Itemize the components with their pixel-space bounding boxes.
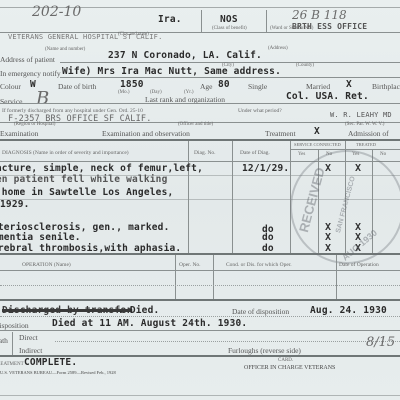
death-label: Death	[0, 336, 8, 345]
rule	[0, 299, 400, 301]
col-divider	[232, 141, 233, 253]
station-label: (Ward or Station No.)	[270, 26, 313, 31]
under-what-period-label: Under what period?	[238, 108, 282, 114]
married-value: X	[346, 79, 352, 90]
date-operation-header: Date of Operation	[339, 262, 379, 268]
treatment-label: Treatment	[265, 129, 296, 138]
handwritten-ward: 26 B 118	[292, 8, 347, 22]
col-divider	[175, 255, 176, 299]
tr-no-header: No	[380, 152, 386, 157]
dob-value: 1850	[120, 79, 144, 90]
address-sublabel: (Address)	[268, 46, 288, 51]
admission-label: Admission of	[348, 129, 389, 138]
diagnosis-row-1-date: 12/1/29.	[242, 163, 289, 174]
date-disposition-value: Aug. 24. 1930	[310, 305, 387, 316]
diagnosis-row-6-date: do	[262, 232, 274, 243]
colour-label: Colour	[0, 82, 21, 91]
col-divider	[336, 255, 337, 299]
date-diag-header: Date of Diag.	[240, 150, 270, 156]
date-disposition-label: Date of disposition	[232, 307, 289, 316]
married-label: Married	[306, 82, 330, 91]
diagnosis-row-4: 1929.	[0, 199, 30, 210]
rule	[0, 330, 400, 331]
region-label: (Region or Hospital)	[14, 122, 55, 127]
city-state-label: (City and state)	[118, 32, 149, 37]
treated-header: TREATED	[356, 142, 376, 147]
physician-value: W. R. LEAHY MD	[330, 111, 392, 119]
diagnosis-row-2: when patient fell while walking	[0, 174, 168, 185]
handwritten-code: 8/15	[366, 335, 395, 350]
exam-observation-label: Examination and observation	[102, 129, 190, 138]
single-label: Single	[248, 82, 267, 91]
rule	[0, 316, 400, 317]
rank-value: Col. USA. Ret.	[286, 91, 369, 102]
physician-sub: (Sec. Par. W. W. V.)	[345, 122, 384, 127]
treatment-footer-label: TREATMENT	[0, 362, 24, 367]
sc-yes-header: Yes	[298, 152, 305, 157]
rule	[0, 103, 400, 104]
oper-no-header: Oper. No.	[179, 262, 201, 268]
rule	[0, 285, 400, 286]
dob-label: Date of birth	[58, 82, 96, 91]
city-sublabel: (City)	[222, 63, 234, 68]
emergency-label: In emergency notify	[0, 69, 61, 78]
death-bracket	[12, 332, 13, 356]
name-number-label: (Name and number)	[45, 47, 85, 52]
cond-header: Cond. or Dis. for which Oper.	[226, 262, 292, 268]
diagnosis-row-1: Fracture, simple, neck of femur,left,	[0, 163, 203, 174]
col-divider	[213, 255, 214, 299]
officer-in-charge: OFFICER IN CHARGE VETERANS	[244, 365, 335, 371]
treatment-footer-value: COMPLETE.	[24, 357, 77, 368]
form-footer: U.S. VETERANS BUREAU—Form 2589—Revised F…	[0, 370, 116, 375]
disposition-result: . Died.	[118, 305, 159, 316]
address-label: Address of patient	[0, 55, 55, 64]
birthplace-label: Birthplace	[372, 82, 400, 91]
diagnosis-header: DIAGNOSIS (Name in order of severity and…	[2, 150, 129, 156]
veterans-bureau-record-card: 202-10 Ira. NOS (Class of benefit) 26 B …	[0, 0, 400, 400]
disposition-value: Died at 11 AM. August 24th. 1930.	[52, 318, 247, 329]
divider	[201, 10, 202, 32]
struck-disposition: Discharged by transfer	[2, 305, 132, 316]
diagnosis-row-3: at home in Sawtelle Los Angeles,	[0, 187, 173, 198]
age-value: 80	[218, 79, 230, 90]
class-label: (Class of benefit)	[212, 26, 247, 31]
dob-month: (Mo.)	[118, 90, 130, 95]
diag-no-header: Diag. No.	[194, 150, 216, 156]
bottom-rule	[0, 395, 400, 396]
operation-header: OPERATION (Name)	[22, 262, 71, 268]
class-of-benefit: NOS	[220, 14, 238, 25]
rule	[60, 77, 400, 78]
address-value: 237 N Coronado, LA. Calif.	[108, 50, 262, 61]
age-label: Age	[200, 82, 213, 91]
card-label: CARD.	[278, 358, 293, 363]
examination-label: Examination	[0, 129, 38, 138]
diagnosis-row-6: Dementia senile.	[0, 232, 81, 243]
indirect-label: Indirect	[19, 346, 42, 355]
service-label: Service	[0, 97, 23, 106]
service-value: B	[36, 88, 49, 109]
first-name: Ira.	[158, 14, 182, 25]
officer-label: (Officer and title)	[178, 122, 213, 127]
direct-label: Direct	[19, 333, 38, 342]
treatment-value: X	[314, 126, 320, 137]
emergency-value: Wife) Mrs Ira Mac Nutt, Same address.	[62, 66, 281, 77]
rule	[0, 139, 400, 141]
furloughs-label: Furloughs (reverse side)	[228, 346, 301, 355]
disposition-label: Disposition	[0, 321, 29, 330]
county-sublabel: (County)	[296, 63, 314, 68]
divider	[266, 10, 267, 32]
rule	[55, 341, 400, 342]
handwritten-number: 202-10	[32, 4, 81, 20]
rule	[0, 270, 400, 271]
col-divider	[188, 141, 189, 253]
service-connected-header: SERVICE CONNECTED	[294, 142, 341, 147]
